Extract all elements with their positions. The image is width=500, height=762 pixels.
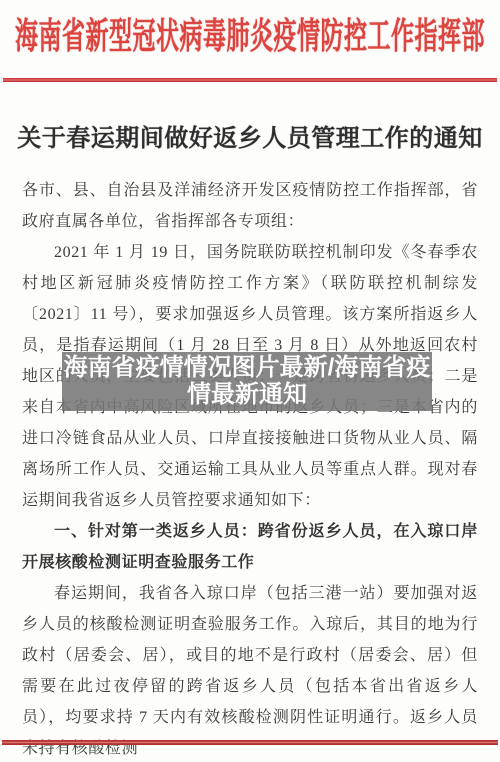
- footer-red-rule: [2, 740, 498, 745]
- section-body-paragraph: 春运期间，我省各入琼口岸（包括三港一站）要加强对返乡人员的核酸检测证明查验服务工…: [22, 578, 478, 762]
- addressee-paragraph: 各市、县、自治县及洋浦经济开发区疫情防控工作指挥部，省政府直属各单位，省指挥部各…: [22, 175, 478, 237]
- letterhead-red-rule: [3, 78, 497, 82]
- document-title: 关于春运期间做好返乡人员管理工作的通知: [0, 118, 500, 153]
- document-page: 海南省新型冠状病毒肺炎疫情防控工作指挥部 关于春运期间做好返乡人员管理工作的通知…: [0, 0, 500, 762]
- document-body: 各市、县、自治县及洋浦经济开发区疫情防控工作指挥部，省政府直属各单位，省指挥部各…: [22, 175, 478, 762]
- watermark-overlay: 海南省疫情情况图片最新/海南省疫 情最新通知: [62, 352, 432, 411]
- watermark-text-line1: 海南省疫情情况图片最新/海南省疫: [62, 354, 432, 381]
- letterhead-banner-title: 海南省新型冠状病毒肺炎疫情防控工作指挥部: [0, 14, 500, 61]
- watermark-text-line2: 情最新通知: [62, 381, 432, 408]
- section-heading-paragraph: 一、针对第一类返乡人员：跨省份返乡人员，在入琼口岸开展核酸检测证明查验服务工作: [22, 516, 478, 578]
